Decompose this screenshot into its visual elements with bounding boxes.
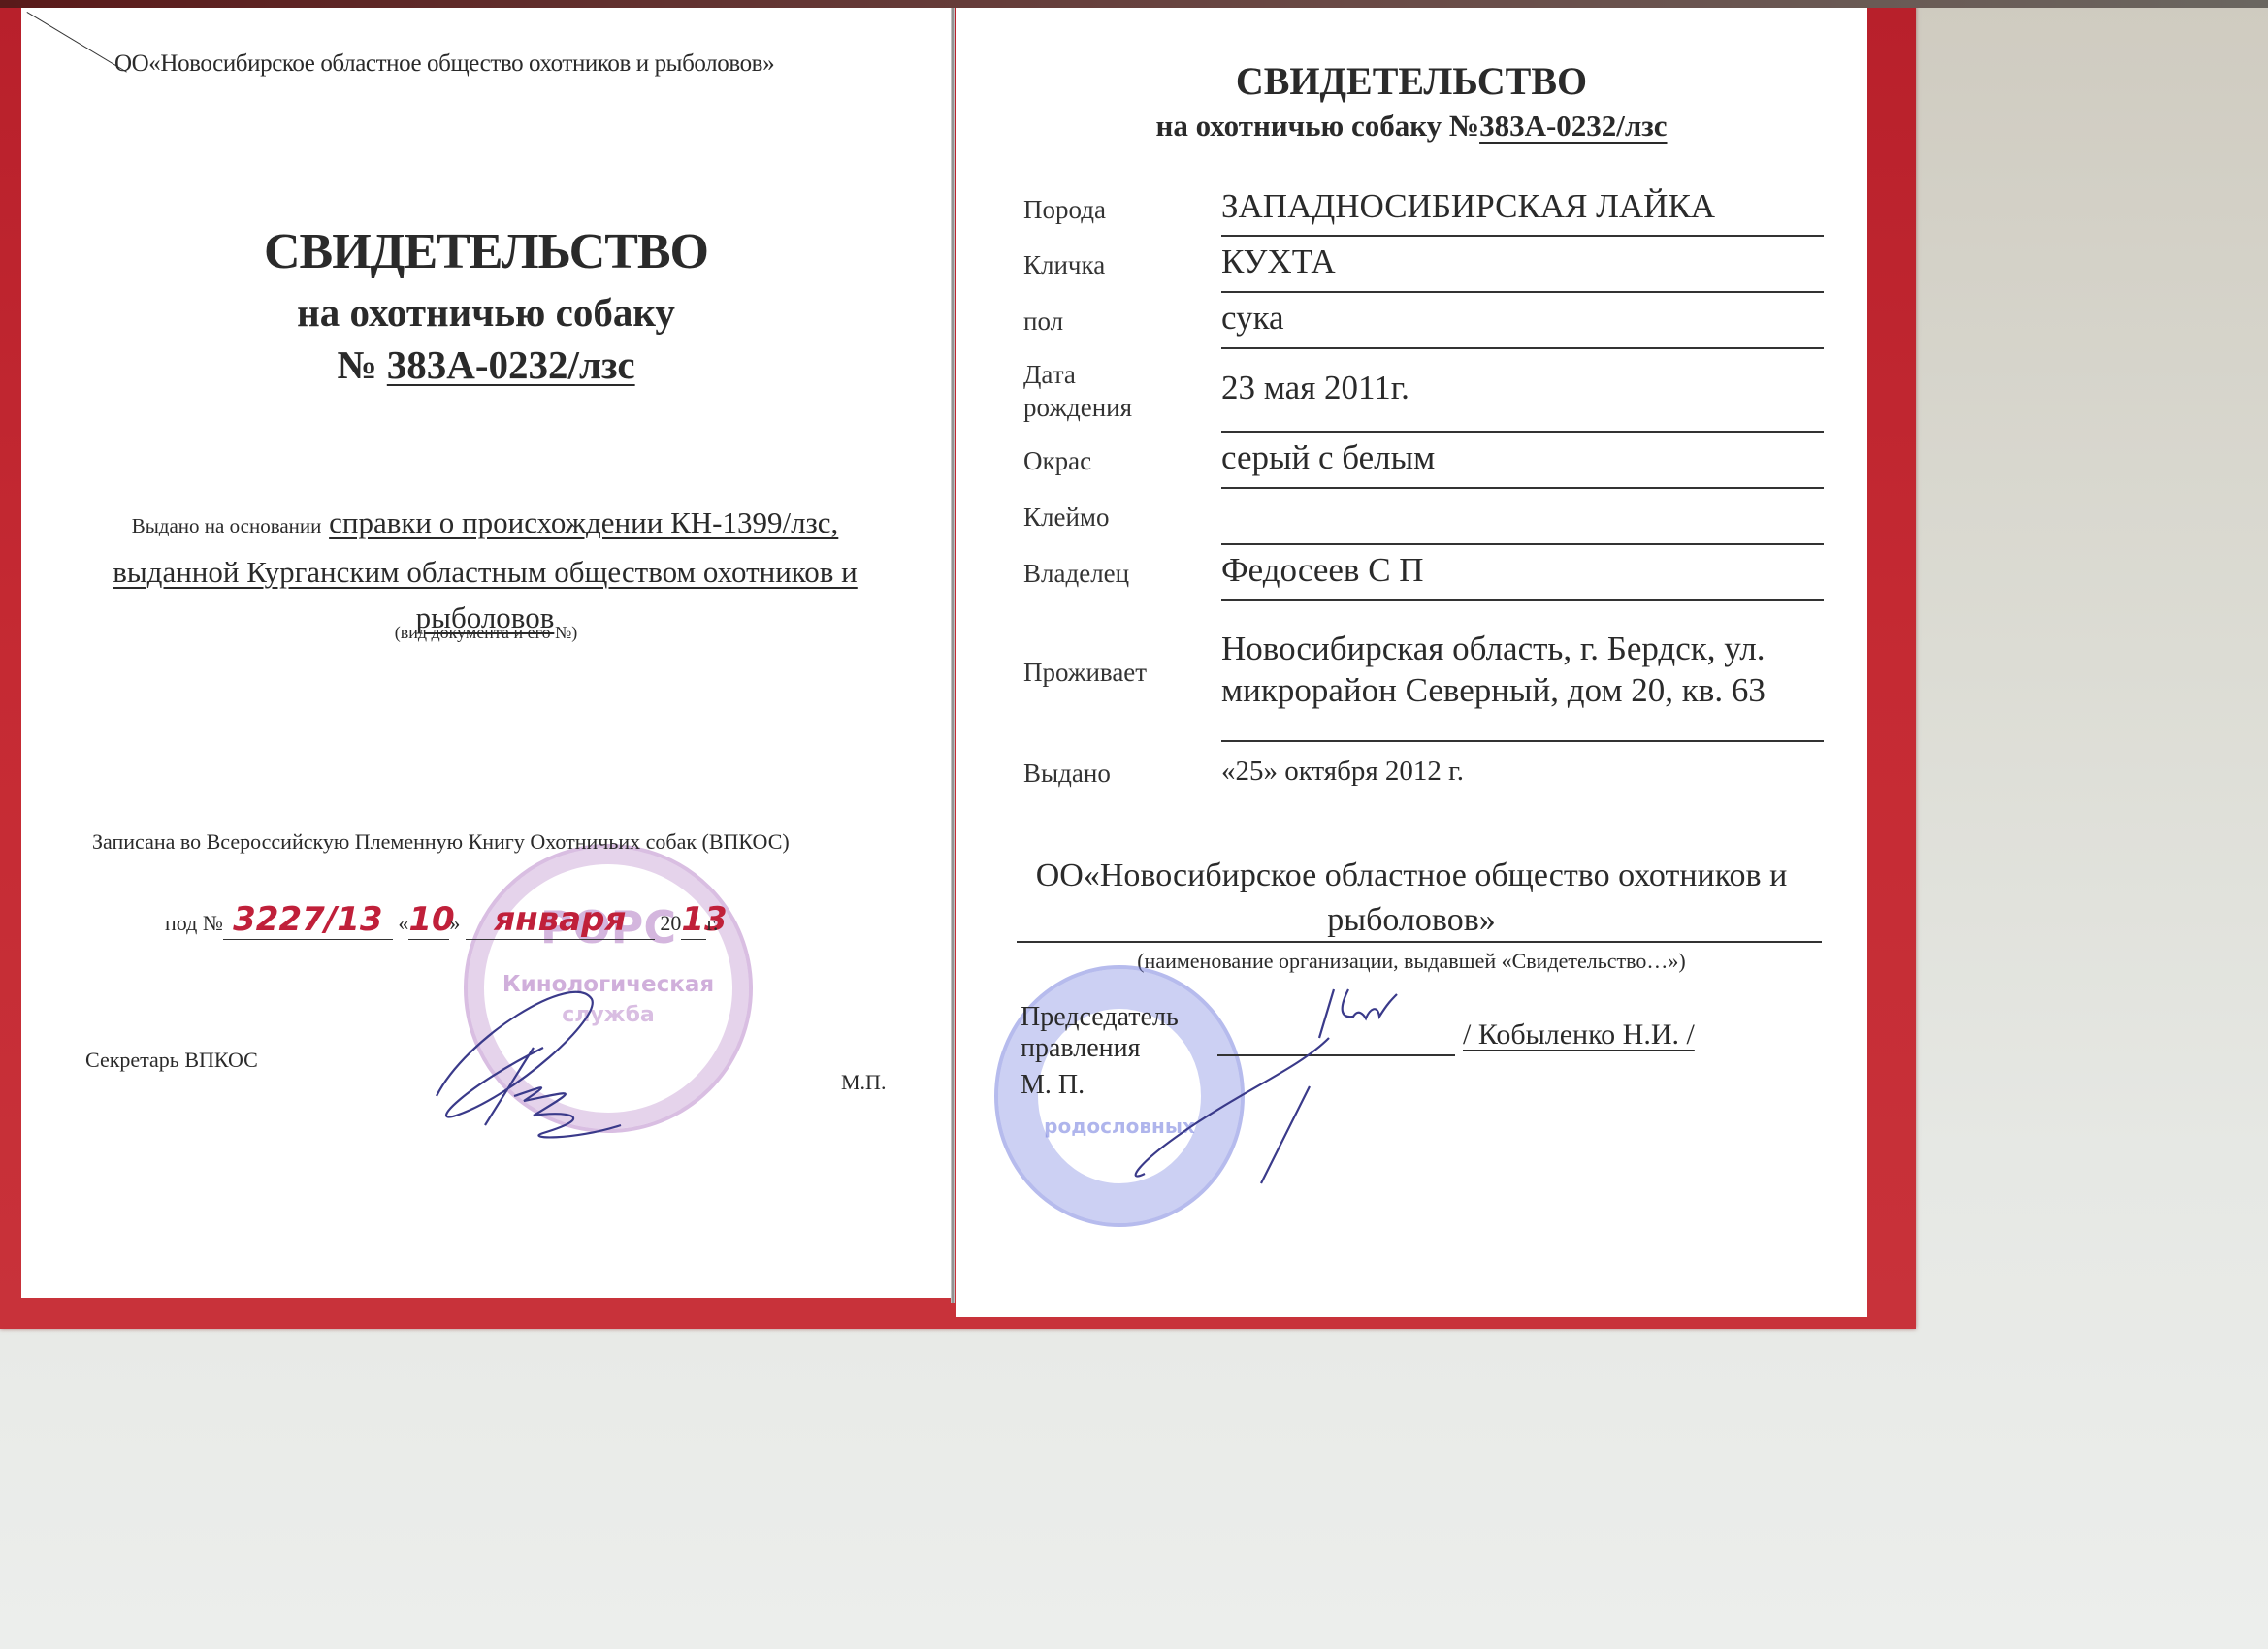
left-organization: ОО«Новосибирское областное общество охот… xyxy=(114,50,774,78)
right-subtitle: на охотничью собаку №383А-0232/лзс xyxy=(956,109,1867,144)
number-prefix: № xyxy=(337,342,376,387)
quote-close: » xyxy=(449,911,460,935)
field-brand: Клеймо xyxy=(1023,489,1824,545)
field-value: Новосибирская область, г. Бердск, ул. ми… xyxy=(1221,601,1824,742)
field-owner: Владелец Федосеев С П xyxy=(1023,545,1824,601)
left-certificate-number: № 383А-0232/лзс xyxy=(21,341,951,388)
field-label: Порода xyxy=(1023,193,1221,226)
field-value: сука xyxy=(1221,293,1824,349)
org-underline xyxy=(1017,941,1822,943)
field-value: 23 мая 2011г. xyxy=(1221,349,1824,433)
issued-basis: Выдано на основании справки о происхожде… xyxy=(87,500,883,640)
left-title: СВИДЕТЕЛЬСТВО xyxy=(21,223,951,280)
right-number-prefix: № xyxy=(1449,109,1479,143)
field-value: серый с белым xyxy=(1221,433,1824,489)
field-value xyxy=(1221,489,1824,545)
chairman-signature xyxy=(1116,970,1407,1193)
right-number-value: 383А-0232/лзс xyxy=(1479,109,1667,143)
right-title: СВИДЕТЕЛЬСТВО xyxy=(956,58,1867,104)
seal-label-left: М.П. xyxy=(841,1070,886,1095)
registration-year: 13 xyxy=(681,900,727,939)
secretary-signature xyxy=(427,980,660,1145)
registration-line: под №3227/13 «10» января 2013г. xyxy=(165,900,718,940)
field-label: пол xyxy=(1023,305,1221,338)
basis-hint: (вид документа и его №) xyxy=(21,623,951,643)
field-label: Выдано xyxy=(1023,757,1221,790)
field-label: Клеймо xyxy=(1023,501,1221,533)
issuing-organization: ОО«Новосибирское областное общество охот… xyxy=(956,854,1867,943)
field-label: Окрас xyxy=(1023,444,1221,477)
basis-lead: Выдано на основании xyxy=(132,514,322,537)
registry-text: Записана во Всероссийскую Племенную Книг… xyxy=(92,829,790,855)
year-prefix: 20 xyxy=(660,911,681,935)
secretary-label: Секретарь ВПКОС xyxy=(85,1048,258,1073)
registration-day: 10 xyxy=(408,900,454,939)
field-value: «25» октября 2012 г. xyxy=(1221,742,1824,804)
number-value: 383А-0232/лзс xyxy=(387,342,635,387)
field-label: Дата рождения xyxy=(1023,358,1169,424)
registration-month: января xyxy=(494,900,626,939)
field-breed: Порода ЗАПАДНОСИБИРСКАЯ ЛАЙКА xyxy=(1023,182,1824,237)
field-value: Федосеев С П xyxy=(1221,545,1824,601)
field-name: Кличка КУХТА xyxy=(1023,237,1824,293)
field-address: Проживает Новосибирская область, г. Берд… xyxy=(1023,601,1824,742)
chairman-name: / Кобыленко Н.И. / xyxy=(1463,1018,1695,1051)
field-label: Кличка xyxy=(1023,248,1221,281)
field-color: Окрас серый с белым xyxy=(1023,433,1824,489)
left-subtitle: на охотничью собаку xyxy=(21,289,951,336)
dog-details: Порода ЗАПАДНОСИБИРСКАЯ ЛАЙКА Кличка КУХ… xyxy=(1023,182,1824,804)
field-issued: Выдано «25» октября 2012 г. xyxy=(1023,742,1824,804)
field-value: КУХТА xyxy=(1221,237,1824,293)
quote-open: « xyxy=(398,911,408,935)
year-end: г. xyxy=(706,911,718,935)
scanner-edge xyxy=(0,0,2268,8)
field-value: ЗАПАДНОСИБИРСКАЯ ЛАЙКА xyxy=(1221,182,1824,237)
field-birth-date: Дата рождения 23 мая 2011г. xyxy=(1023,349,1824,433)
field-label: Проживает xyxy=(1023,656,1221,689)
field-label: Владелец xyxy=(1023,557,1221,590)
under-number-label: под № xyxy=(165,911,223,935)
registration-number: 3227/13 xyxy=(233,900,382,939)
field-sex: пол сука xyxy=(1023,293,1824,349)
spine-fold xyxy=(951,8,955,1303)
right-subtitle-text: на охотничью собаку xyxy=(1155,109,1442,143)
